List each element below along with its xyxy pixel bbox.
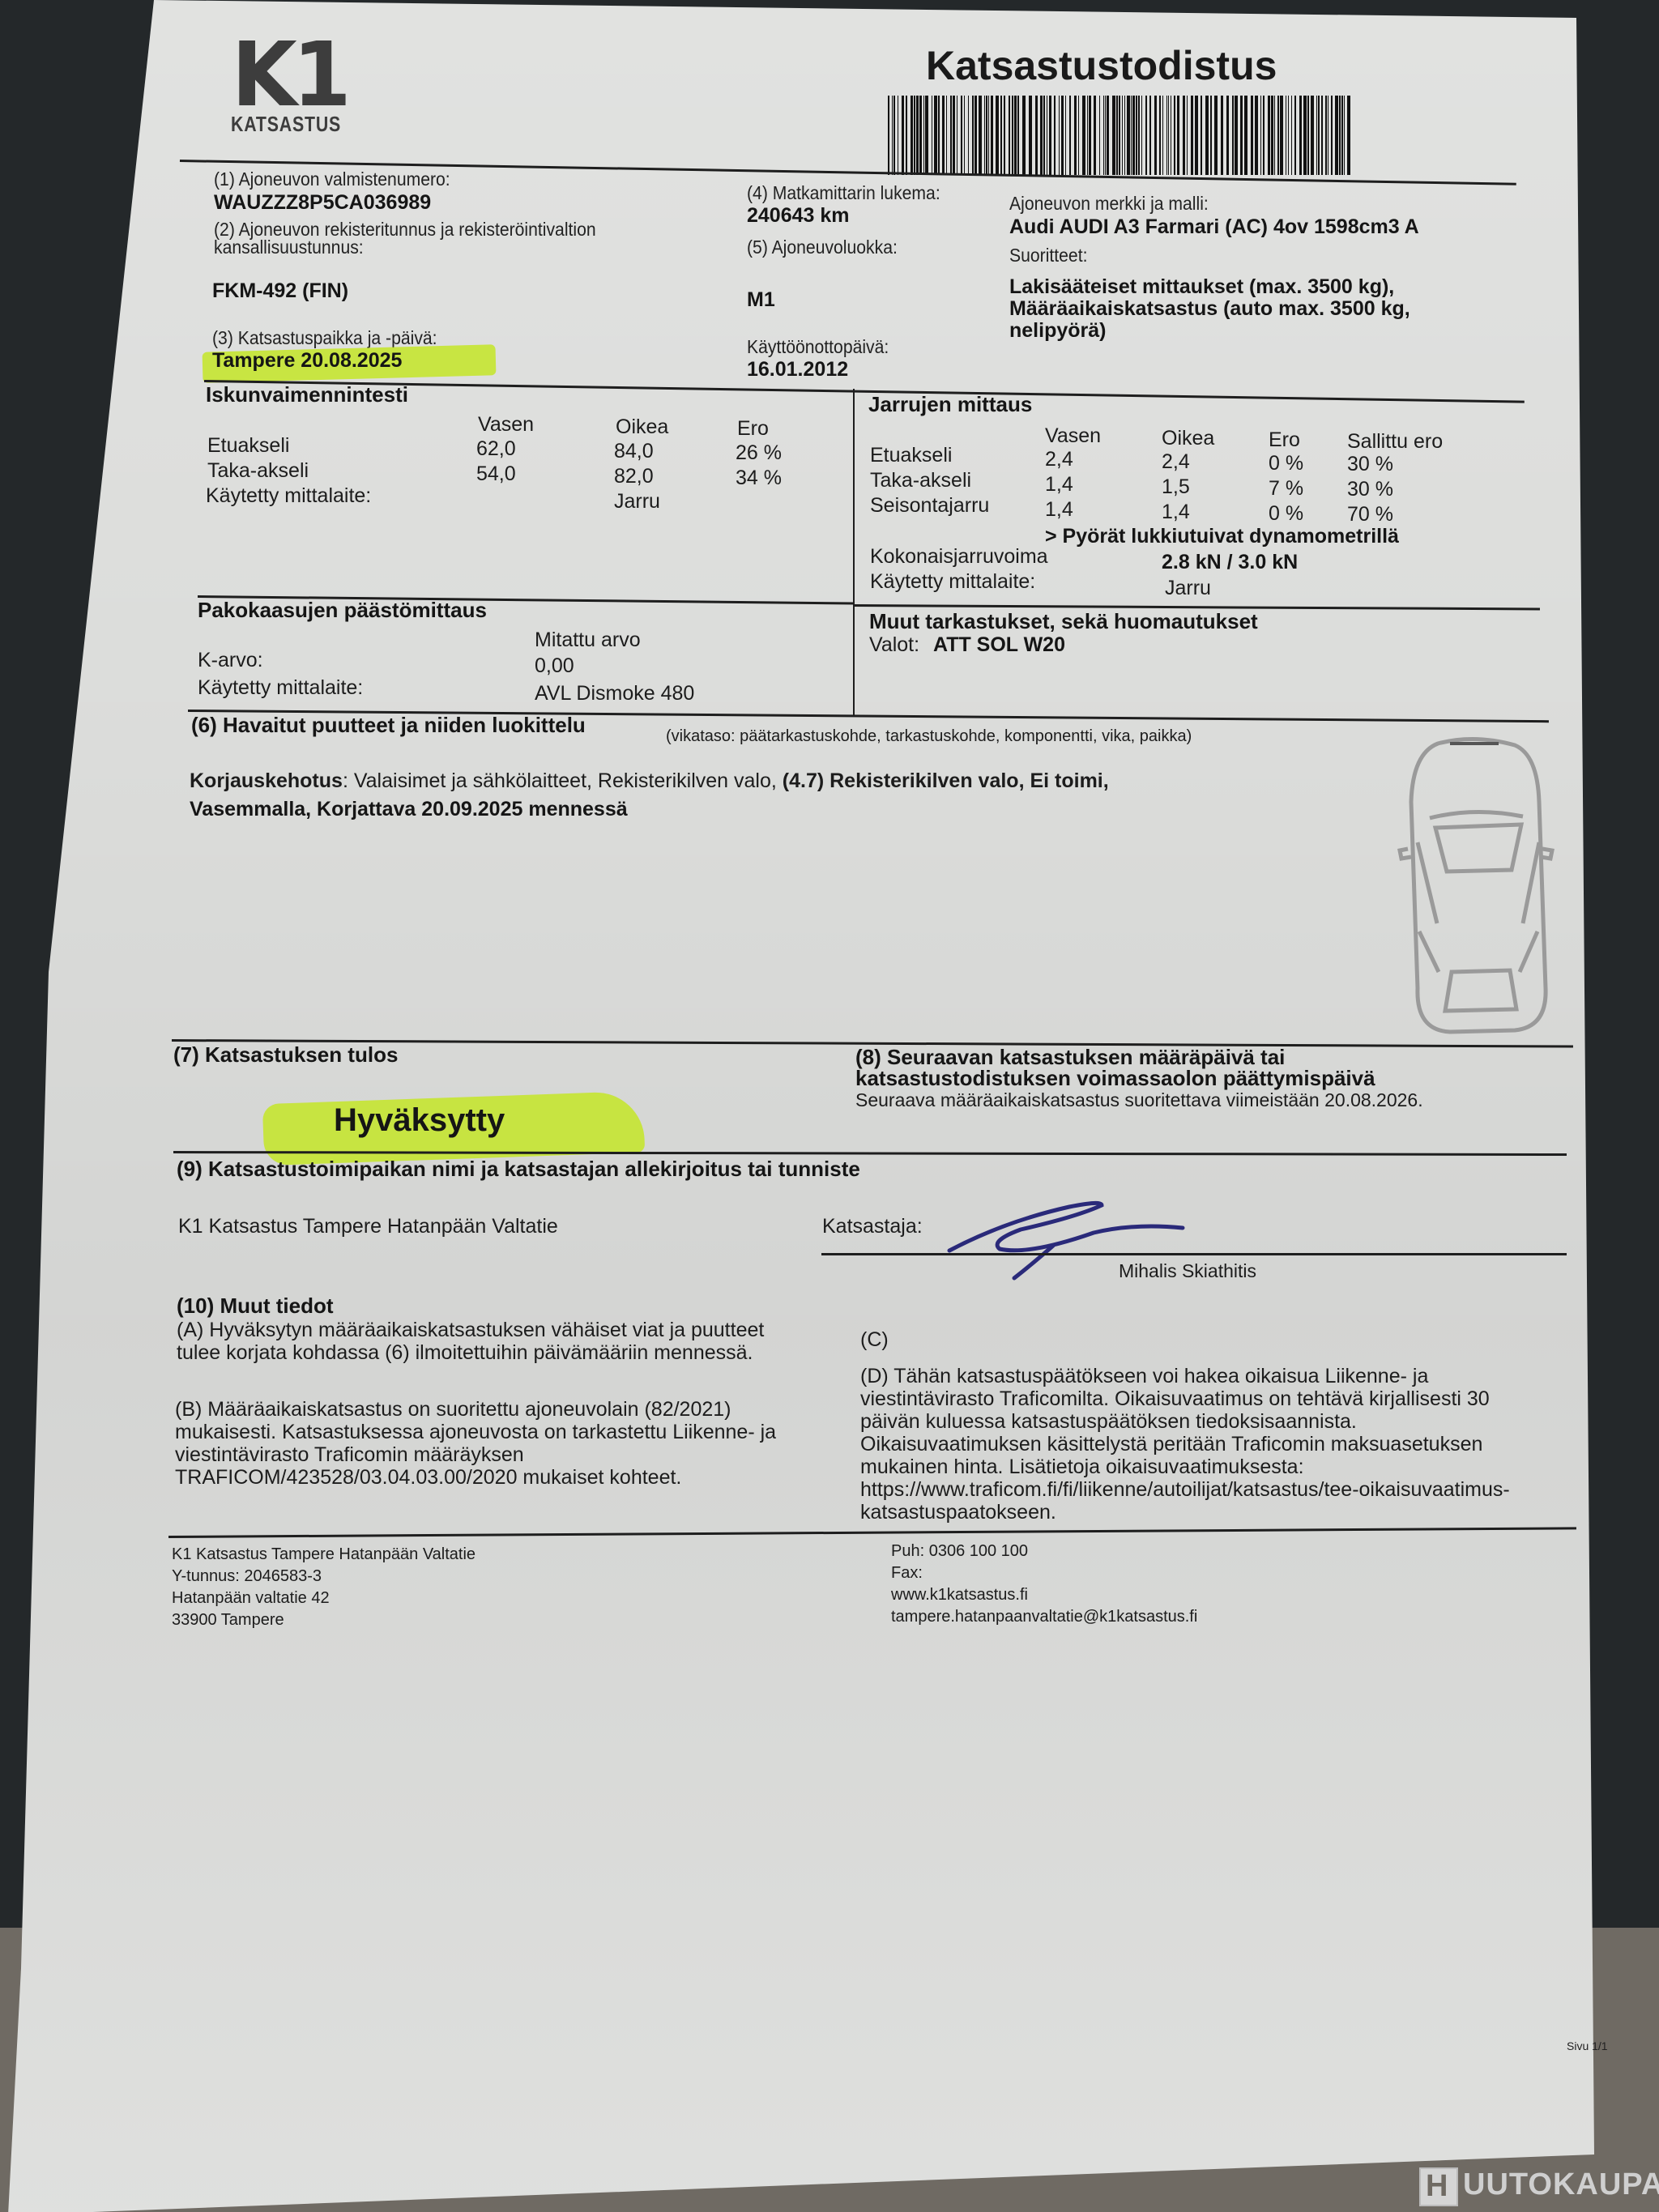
result-title: (7) Katsastuksen tulos xyxy=(173,1042,398,1068)
other-checks-title: Muut tarkastukset, sekä huomautukset xyxy=(869,609,1258,634)
other-info-b: (B) Määräaikaiskatsastus on suoritettu a… xyxy=(175,1398,776,1489)
emissions-device-value: AVL Dismoke 480 xyxy=(535,682,694,705)
make-label: Ajoneuvon merkki ja malli: xyxy=(1009,193,1209,215)
odometer-value: 240643 km xyxy=(747,204,850,228)
place-value: Tampere 20.08.2025 xyxy=(212,349,402,373)
watermark-text: UUTOKAUPAT.COM xyxy=(1463,2167,1659,2202)
odometer-label: (4) Matkamittarin lukema: xyxy=(747,182,940,204)
defects-subtitle: (vikataso: päätarkastuskohde, tarkastusk… xyxy=(666,727,1192,746)
defects-title: (6) Havaitut puutteet ja niiden luokitte… xyxy=(191,713,586,738)
page-number: Sivu 1/1 xyxy=(1567,2039,1608,2052)
performed-label: Suoritteet: xyxy=(1009,245,1087,266)
brake-total-label: Kokonaisjarruvoima xyxy=(870,545,1048,569)
other-info-a: (A) Hyväksytyn määräaikaiskatsastuksen v… xyxy=(177,1319,764,1364)
brake-device-value: Jarru xyxy=(1165,577,1211,600)
place-label: (3) Katsastuspaikka ja -päivä: xyxy=(212,327,437,349)
k1-logo: K1 xyxy=(232,23,347,126)
column-divider xyxy=(853,389,855,717)
first-use-value: 16.01.2012 xyxy=(747,358,848,381)
performed-value-2: Määräaikaiskatsastus (auto max. 3500 kg, xyxy=(1009,297,1410,321)
shock-device-label: Käytetty mittalaite: xyxy=(206,484,371,508)
defect-entry-cont: Vasemmalla, Korjattava 20.09.2025 mennes… xyxy=(190,798,628,821)
next-inspection-text: Seuraava määräaikaiskatsastus suoritetta… xyxy=(855,1089,1423,1111)
brake-total-value: 2.8 kN / 3.0 kN xyxy=(1162,551,1298,574)
vin-value: WAUZZZ8P5CA036989 xyxy=(214,191,431,215)
signature-line xyxy=(821,1253,1567,1255)
website-link[interactable]: www.k1katsastus.fi xyxy=(891,1584,1197,1606)
shock-device-value: Jarru xyxy=(614,490,660,514)
lights-value: ATT SOL W20 xyxy=(933,633,1065,657)
signature-title: (9) Katsastustoimipaikan nimi ja katsast… xyxy=(177,1157,860,1182)
brake-device-label: Käytetty mittalaite: xyxy=(870,570,1035,594)
emissions-device-label: Käytetty mittalaite: xyxy=(198,676,363,700)
class-label: (5) Ajoneuvoluokka: xyxy=(747,237,898,258)
next-inspection-title-2: katsastustodistuksen voimassaolon päätty… xyxy=(855,1066,1375,1091)
inspector-name: Mihalis Skiathitis xyxy=(1119,1260,1256,1282)
brake-test-title: Jarrujen mittaus xyxy=(868,392,1032,417)
performed-value-3: nelipyörä) xyxy=(1009,319,1106,343)
brake-note: > Pyörät lukkiutuivat dynamometrillä xyxy=(1045,525,1399,548)
other-info-title: (10) Muut tiedot xyxy=(177,1294,334,1319)
inspector-label: Katsastaja: xyxy=(822,1215,923,1238)
k-value-label: K-arvo: xyxy=(198,649,263,672)
defect-entry: Korjauskehotus: Valaisimet ja sähkölaitt… xyxy=(190,769,1109,793)
reg-value: FKM-492 (FIN) xyxy=(212,279,348,303)
first-use-label: Käyttöönottopäivä: xyxy=(747,336,889,358)
car-diagram-icon xyxy=(1393,729,1555,1037)
phone: Puh: 0306 100 100 xyxy=(891,1541,1197,1562)
station-name: K1 Katsastus Tampere Hatanpään Valtatie xyxy=(178,1215,558,1238)
performed-value-1: Lakisääteiset mittaukset (max. 3500 kg), xyxy=(1009,275,1394,299)
email-link[interactable]: tampere.hatanpaanvaltatie@k1katsastus.fi xyxy=(891,1606,1197,1628)
footer-address: K1 Katsastus Tampere Hatanpään Valtatie … xyxy=(172,1544,476,1631)
other-info-c: (C) xyxy=(860,1328,889,1352)
k-value: 0,00 xyxy=(535,654,574,678)
footer-contact: Puh: 0306 100 100 Fax: www.k1katsastus.f… xyxy=(891,1541,1197,1628)
barcode xyxy=(888,96,1353,175)
other-info-d: (D) Tähän katsastuspäätökseen voi hakea … xyxy=(860,1365,1510,1524)
make-value: Audi AUDI A3 Farmari (AC) 4ov 1598cm3 A xyxy=(1009,215,1419,239)
result-value: Hyväksytty xyxy=(334,1102,505,1139)
measured-header: Mitattu arvo xyxy=(535,629,641,652)
fax: Fax: xyxy=(891,1562,1197,1584)
document-title: Katsastustodistus xyxy=(926,42,1277,89)
vin-label: (1) Ajoneuvon valmistenumero: xyxy=(214,168,450,190)
emissions-title: Pakokaasujen päästömittaus xyxy=(198,598,487,623)
traficom-link[interactable]: https://www.traficom.fi/fi/liikenne/auto… xyxy=(860,1478,1510,1501)
logo-text: KATSASTUS xyxy=(231,112,341,137)
class-value: M1 xyxy=(747,288,775,312)
lights-label: Valot: xyxy=(869,633,919,657)
shock-test-title: Iskunvaimennintesti xyxy=(206,382,408,407)
